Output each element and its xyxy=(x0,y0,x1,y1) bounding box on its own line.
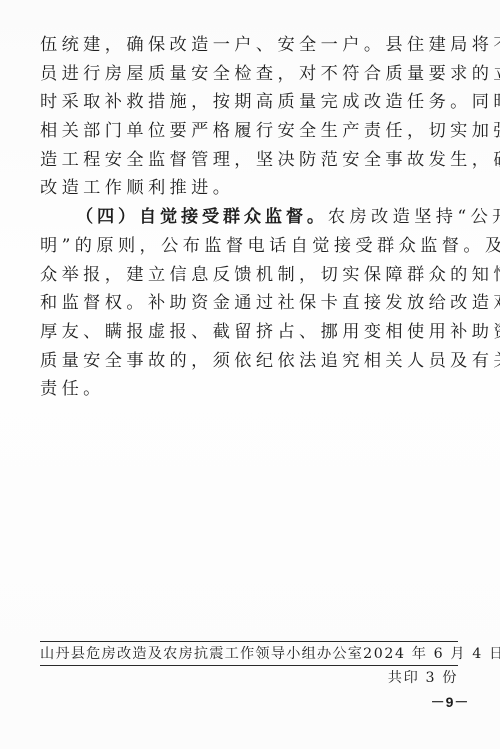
body-line: 员进行房屋质量安全检查，对不符合质量要求的立即停工，及 xyxy=(40,60,456,89)
body-line: 和监督权。补助资金通过社保卡直接发放给改造对象。对优亲 xyxy=(40,289,456,318)
document-page: 伍统建，确保改造一户、安全一户。县住建局将不定期组织人 员进行房屋质量安全检查，… xyxy=(0,0,500,749)
body-line: 改造工作顺利推进。 xyxy=(40,174,456,203)
print-date: 2024 年 6 月 4 日印 xyxy=(363,644,500,664)
body-line: 厚友、瞒报虚报、截留挤占、挪用变相使用补助资金或者发生 xyxy=(40,318,456,347)
footer-rule-bottom xyxy=(40,665,458,666)
body-line: 时采取补救措施，按期高质量完成改造任务。同时，各乡镇和 xyxy=(40,88,456,117)
body-line: 造工程安全监督管理，坚决防范安全事故发生，确保农房抗震 xyxy=(40,146,456,175)
print-copies: 共印 3 份 xyxy=(388,668,458,688)
section-four-heading: （四）自觉接受群众监督。 xyxy=(76,207,328,227)
issuing-office: 山丹县危房改造及农房抗震工作领导小组办公室 xyxy=(40,644,363,664)
body-line: 伍统建，确保改造一户、安全一户。县住建局将不定期组织人 xyxy=(40,31,456,60)
footer-rule-top xyxy=(40,641,458,642)
document-body: 伍统建，确保改造一户、安全一户。县住建局将不定期组织人 员进行房屋质量安全检查，… xyxy=(40,31,456,404)
body-line: 相关部门单位要严格履行安全生产责任，切实加强农房抗震改 xyxy=(40,117,456,146)
body-line: 明”的原则，公布监督电话自觉接受群众监督。及时调查处理群 xyxy=(40,232,456,261)
section-four-first-line: （四）自觉接受群众监督。农房改造坚持“公开、公正、透 xyxy=(40,203,456,232)
body-line: 质量安全事故的，须依纪依法追究相关人员及有关领导人员的 xyxy=(40,347,456,376)
body-line: 责任。 xyxy=(40,375,456,404)
body-line: 众举报，建立信息反馈机制，切实保障群众的知情权、参与权 xyxy=(40,261,456,290)
section-four-first-line-text: 农房改造坚持“公开、公正、透 xyxy=(328,207,500,227)
page-number: －9－ xyxy=(420,692,480,712)
footer-issuing-row: 山丹县危房改造及农房抗震工作领导小组办公室 2024 年 6 月 4 日印 xyxy=(40,644,458,664)
